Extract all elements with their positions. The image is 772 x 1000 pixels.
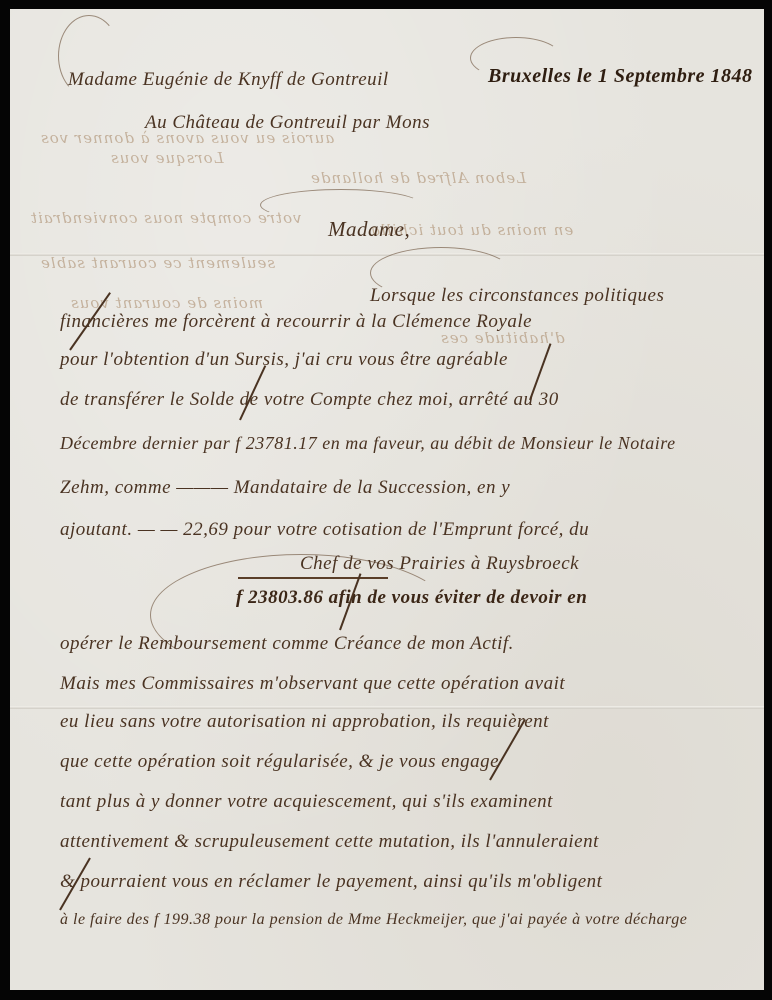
letter-page: aurois eu vous avons à donner vos Lebon … bbox=[10, 9, 764, 990]
body-line: Mais mes Commissaires m'observant que ce… bbox=[60, 673, 565, 695]
paper-fold bbox=[10, 706, 764, 709]
total-line: f 23803.86 afin de vous éviter de devoir… bbox=[236, 587, 587, 609]
body-line: Zehm, comme ——— Mandataire de la Success… bbox=[60, 477, 510, 499]
body-line: ajoutant. — — 22,69 pour votre cotisatio… bbox=[60, 519, 589, 541]
body-line: Décembre dernier par f 23781.17 en ma fa… bbox=[60, 433, 676, 454]
body-line: opérer le Remboursement comme Créance de… bbox=[60, 633, 514, 655]
body-line: de transférer le Solde de votre Compte c… bbox=[60, 389, 559, 411]
body-line: que cette opération soit régularisée, & … bbox=[60, 751, 499, 773]
body-line: Lorsque les circonstances politiques bbox=[370, 285, 664, 307]
bleed-through-text: Lorsque vous bbox=[110, 149, 224, 167]
body-line: pour l'obtention d'un Sursis, j'ai cru v… bbox=[60, 349, 508, 371]
addressee-line: Madame Eugénie de Knyff de Gontreuil bbox=[68, 69, 389, 91]
addressee-location: Au Château de Gontreuil par Mons bbox=[145, 112, 430, 134]
bleed-through-text: votre compte nous conviendrait bbox=[30, 209, 302, 227]
body-line: Chef de vos Prairies à Ruysbroeck bbox=[300, 553, 579, 575]
body-line: eu lieu sans votre autorisation ni appro… bbox=[60, 711, 549, 733]
body-line: attentivement & scrupuleusement cette mu… bbox=[60, 831, 599, 853]
bleed-through-text: Lebon Alfred de hollande bbox=[310, 169, 526, 187]
bleed-through-text: seulement ce courant sable bbox=[40, 254, 275, 272]
body-line: tant plus à y donner votre acquiescement… bbox=[60, 791, 553, 813]
body-line: & pourraient vous en réclamer le payemen… bbox=[60, 871, 602, 893]
body-line: financières me forcèrent à recourrir à l… bbox=[60, 311, 532, 333]
place-date: Bruxelles le 1 Septembre 1848 bbox=[488, 65, 752, 88]
body-line: à le faire des f 199.38 pour la pension … bbox=[60, 911, 687, 929]
total-underline bbox=[238, 577, 388, 579]
salutation: Madame, bbox=[328, 217, 410, 242]
